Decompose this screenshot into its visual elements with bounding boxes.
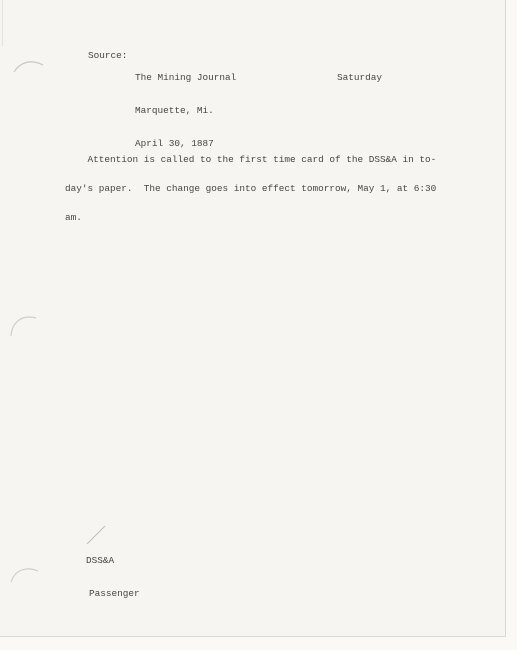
page-right-edge [505, 0, 517, 650]
source-label: Source: [88, 50, 127, 61]
body-paragraph: Attention is called to the first time ca… [65, 135, 436, 243]
body-line: Attention is called to the first time ca… [65, 155, 436, 165]
source-publication: The Mining Journal [135, 72, 236, 83]
source-location: Marquette, Mi. [135, 105, 236, 116]
page-left-edge [2, 0, 3, 46]
body-line: day's paper. The change goes into effect… [65, 184, 436, 194]
weekday-label: Saturday [337, 72, 382, 83]
footer-category-label: Passenger [89, 588, 140, 599]
scanned-page: Source: The Mining Journal Marquette, Mi… [0, 0, 517, 650]
pencil-arc-mark-bottom [9, 565, 41, 587]
footer-railroad-label: DSS&A [86, 555, 140, 566]
pencil-arc-mark-top [12, 58, 46, 76]
body-line: am. [65, 213, 436, 223]
pencil-arc-mark-middle [8, 312, 40, 340]
page-bottom-edge [0, 636, 506, 650]
footer-annotation: DSS&A Passenger [86, 533, 140, 621]
